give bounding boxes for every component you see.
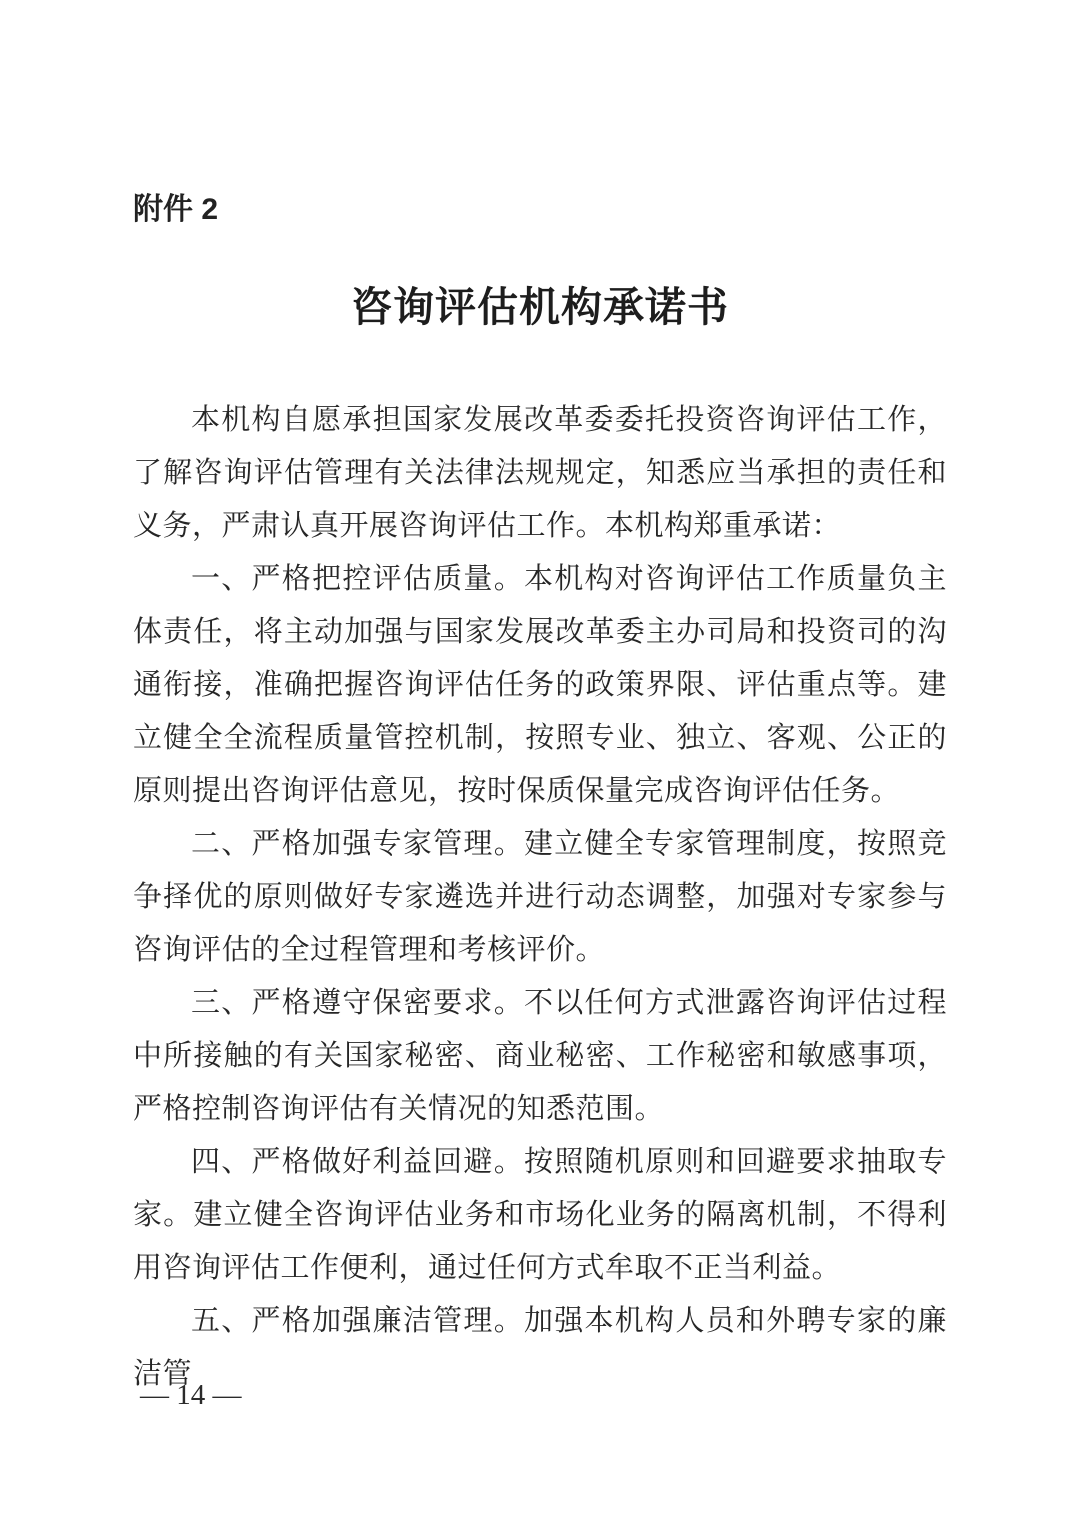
document-page: 附件 2 咨询评估机构承诺书 本机构自愿承担国家发展改革委委托投资咨询评估工作，… — [0, 0, 1080, 1527]
document-title: 咨询评估机构承诺书 — [133, 282, 947, 332]
document-body: 本机构自愿承担国家发展改革委委托投资咨询评估工作，了解咨询评估管理有关法律法规规… — [133, 394, 947, 1401]
paragraph-item-4: 四、严格做好利益回避。按照随机原则和回避要求抽取专家。建立健全咨询评估业务和市场… — [133, 1136, 947, 1295]
attachment-label: 附件 2 — [133, 193, 947, 227]
paragraph-intro: 本机构自愿承担国家发展改革委委托投资咨询评估工作，了解咨询评估管理有关法律法规规… — [133, 394, 947, 553]
paragraph-item-2: 二、严格加强专家管理。建立健全专家管理制度，按照竞争择优的原则做好专家遴选并进行… — [133, 818, 947, 977]
page-number: — 14 — — [140, 1379, 242, 1411]
paragraph-item-3: 三、严格遵守保密要求。不以任何方式泄露咨询评估过程中所接触的有关国家秘密、商业秘… — [133, 977, 947, 1136]
paragraph-item-1: 一、严格把控评估质量。本机构对咨询评估工作质量负主体责任，将主动加强与国家发展改… — [133, 553, 947, 818]
paragraph-item-5: 五、严格加强廉洁管理。加强本机构人员和外聘专家的廉洁管 — [133, 1295, 947, 1401]
page-footer: — 14 — — [140, 1378, 242, 1412]
